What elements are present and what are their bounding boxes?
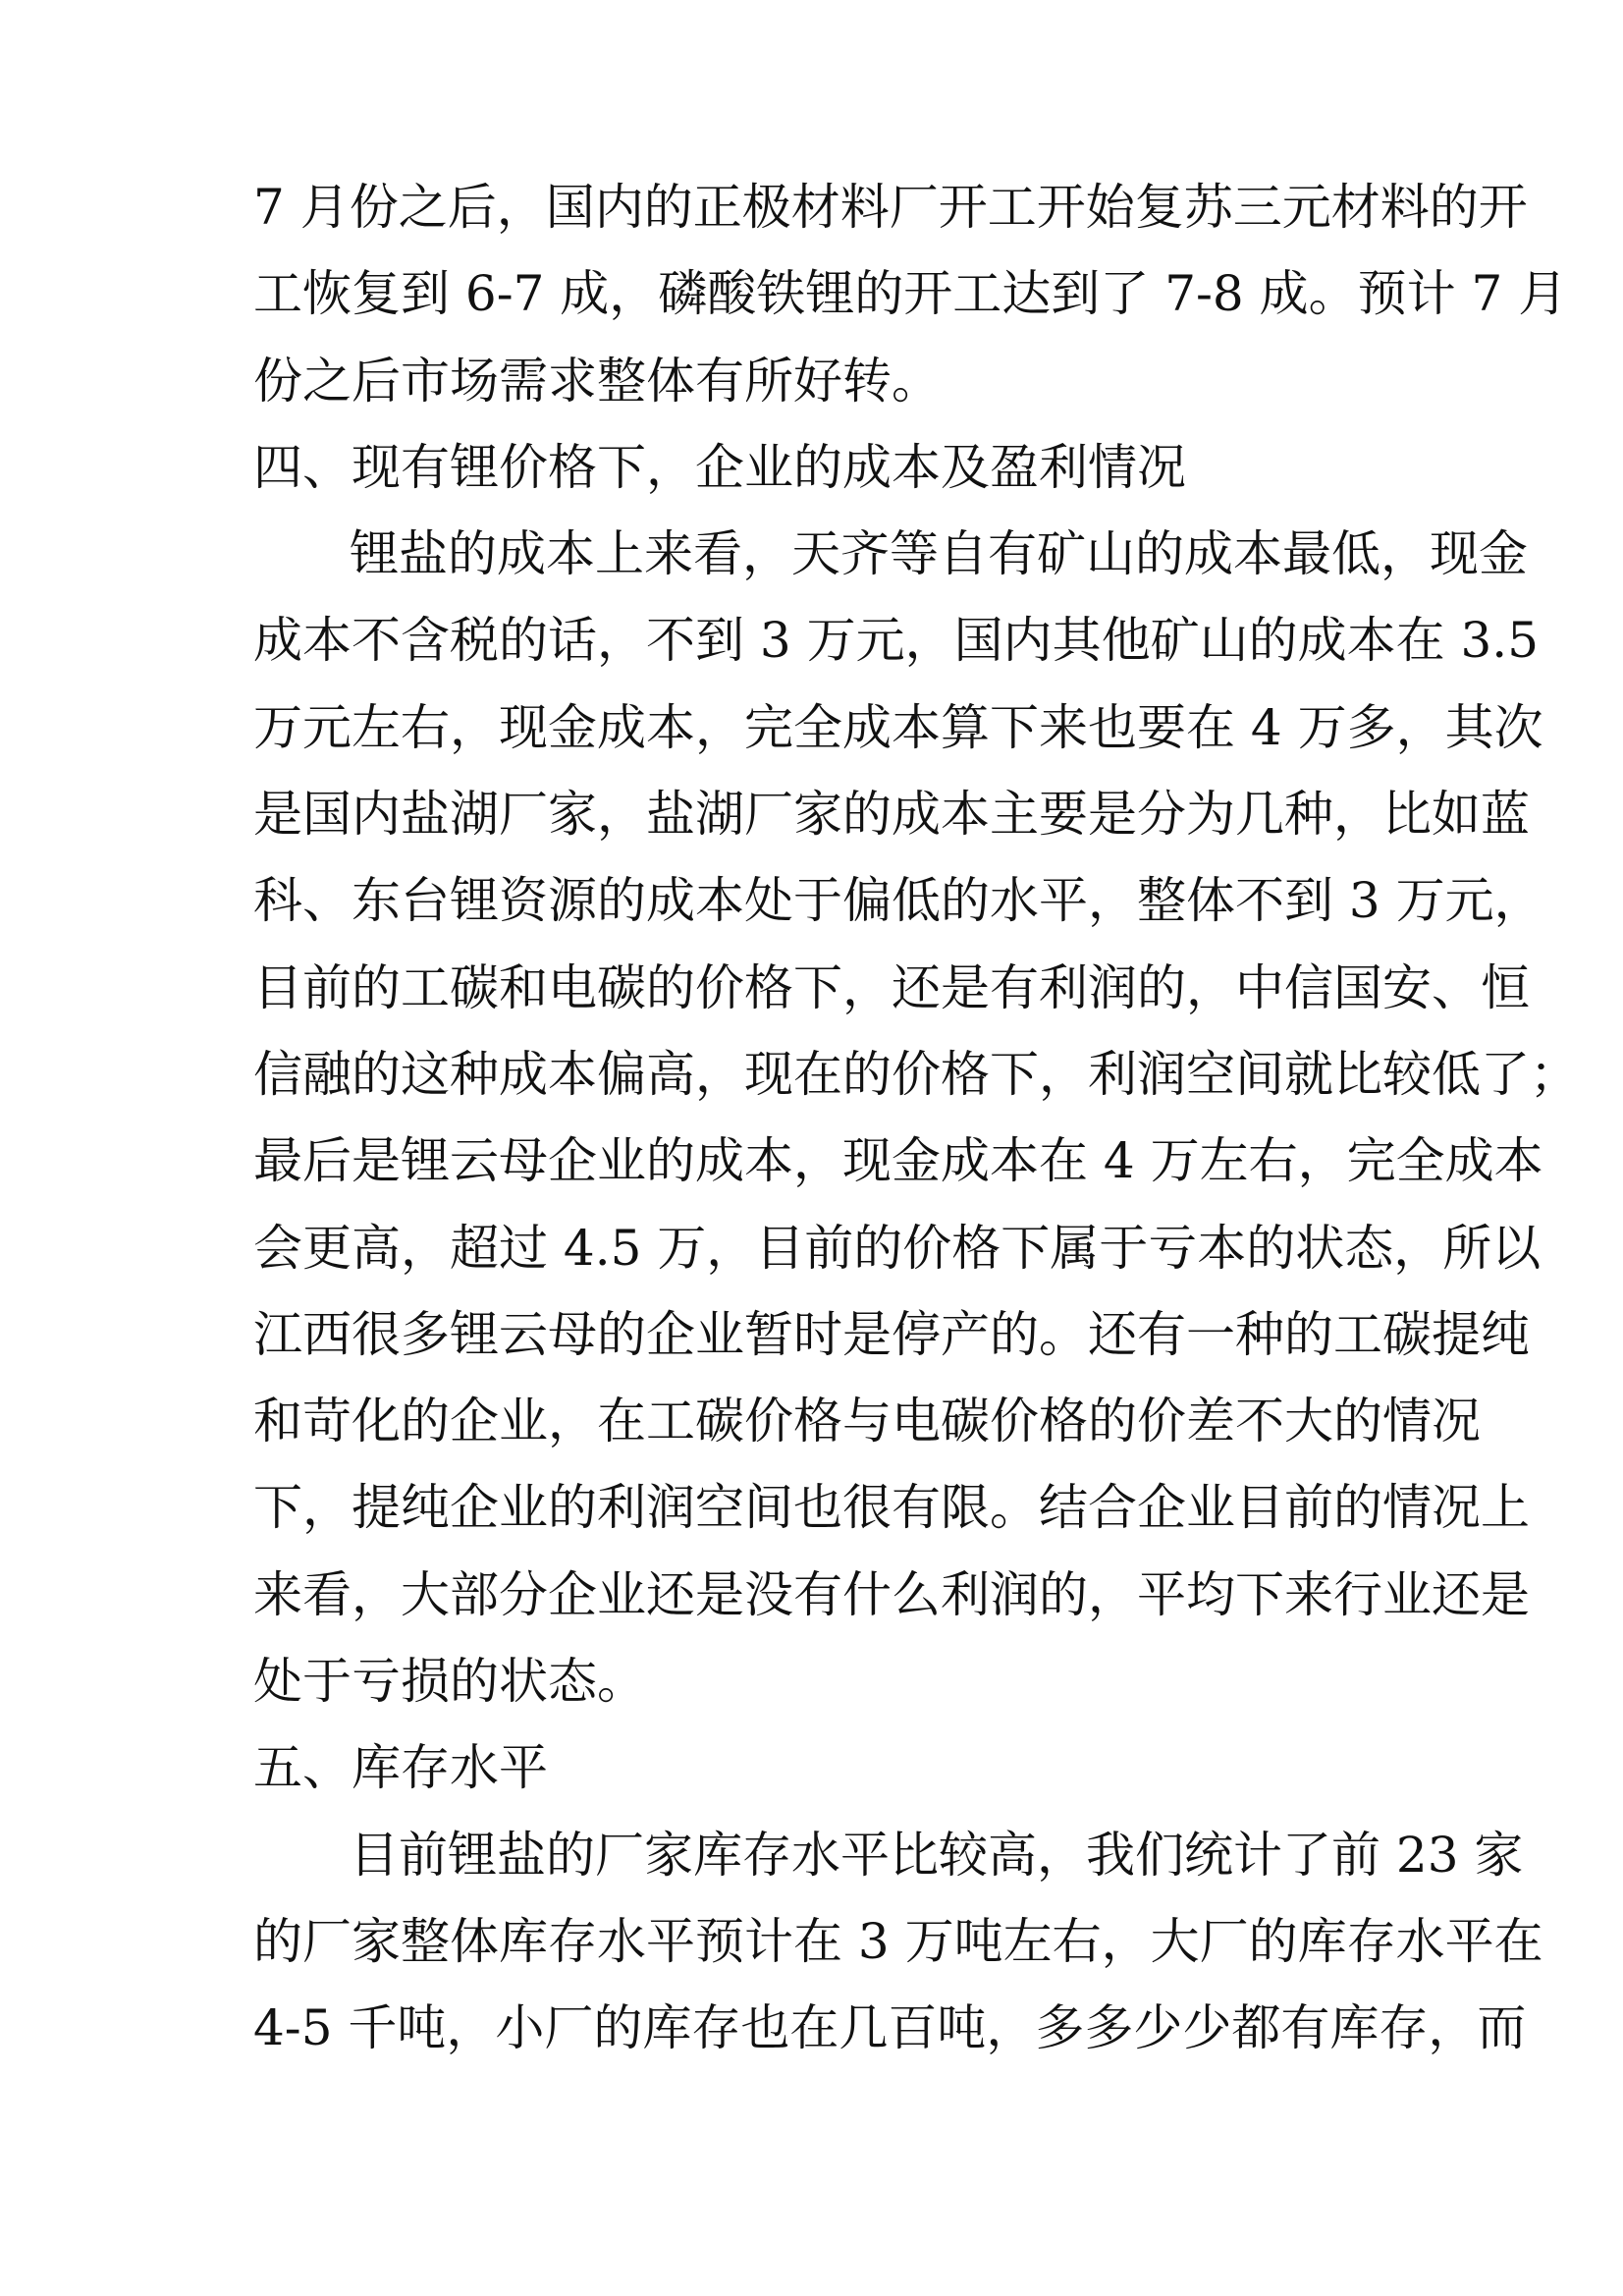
paragraph-line: 科、东台锂资源的成本处于偏低的水平，整体不到 3 万元， bbox=[253, 857, 1384, 944]
paragraph-line: 份之后市场需求整体有所好转。 bbox=[253, 338, 1384, 424]
paragraph-line: 来看，大部分企业还是没有什么利润的，平均下来行业还是 bbox=[253, 1552, 1384, 1638]
paragraph-line: 江西很多锂云母的企业暂时是停产的。还有一种的工碳提纯 bbox=[253, 1291, 1384, 1378]
paragraph-line: 工恢复到 6-7 成，磷酸铁锂的开工达到了 7-8 成。预计 7 月 bbox=[253, 250, 1384, 337]
section-heading: 五、库存水平 bbox=[253, 1724, 1384, 1811]
document-page: 7 月份之后，国内的正极材料厂开工开始复苏三元材料的开 工恢复到 6-7 成，磷… bbox=[0, 0, 1623, 2296]
paragraph-line: 会更高，超过 4.5 万，目前的价格下属于亏本的状态，所以 bbox=[253, 1205, 1384, 1291]
paragraph-line: 是国内盐湖厂家，盐湖厂家的成本主要是分为几种，比如蓝 bbox=[253, 771, 1384, 857]
paragraph-line: 下，提纯企业的利润空间也很有限。结合企业目前的情况上 bbox=[253, 1464, 1384, 1551]
paragraph-line: 目前锂盐的厂家库存水平比较高，我们统计了前 23 家 bbox=[253, 1812, 1384, 1898]
section-heading: 四、现有锂价格下，企业的成本及盈利情况 bbox=[253, 424, 1384, 511]
paragraph-line: 万元左右，现金成本，完全成本算下来也要在 4 万多，其次 bbox=[253, 684, 1384, 771]
paragraph-line: 7 月份之后，国内的正极材料厂开工开始复苏三元材料的开 bbox=[253, 164, 1384, 250]
paragraph-line: 和苛化的企业，在工碳价格与电碳价格的价差不大的情况 bbox=[253, 1378, 1384, 1464]
paragraph-line: 成本不含税的话，不到 3 万元，国内其他矿山的成本在 3.5 bbox=[253, 597, 1384, 683]
paragraph-line: 的厂家整体库存水平预计在 3 万吨左右，大厂的库存水平在 bbox=[253, 1898, 1384, 1985]
paragraph-line: 4-5 千吨，小厂的库存也在几百吨，多多少少都有库存，而 bbox=[253, 1985, 1384, 2071]
paragraph-line: 处于亏损的状态。 bbox=[253, 1638, 1384, 1724]
paragraph-line: 目前的工碳和电碳的价格下，还是有利润的，中信国安、恒 bbox=[253, 945, 1384, 1031]
paragraph-line: 最后是锂云母企业的成本，现金成本在 4 万左右，完全成本 bbox=[253, 1118, 1384, 1204]
paragraph-line: 信融的这种成本偏高，现在的价格下，利润空间就比较低了； bbox=[253, 1031, 1384, 1118]
document-body: 7 月份之后，国内的正极材料厂开工开始复苏三元材料的开 工恢复到 6-7 成，磷… bbox=[253, 164, 1384, 2072]
paragraph-line: 锂盐的成本上来看，天齐等自有矿山的成本最低，现金 bbox=[253, 511, 1384, 597]
